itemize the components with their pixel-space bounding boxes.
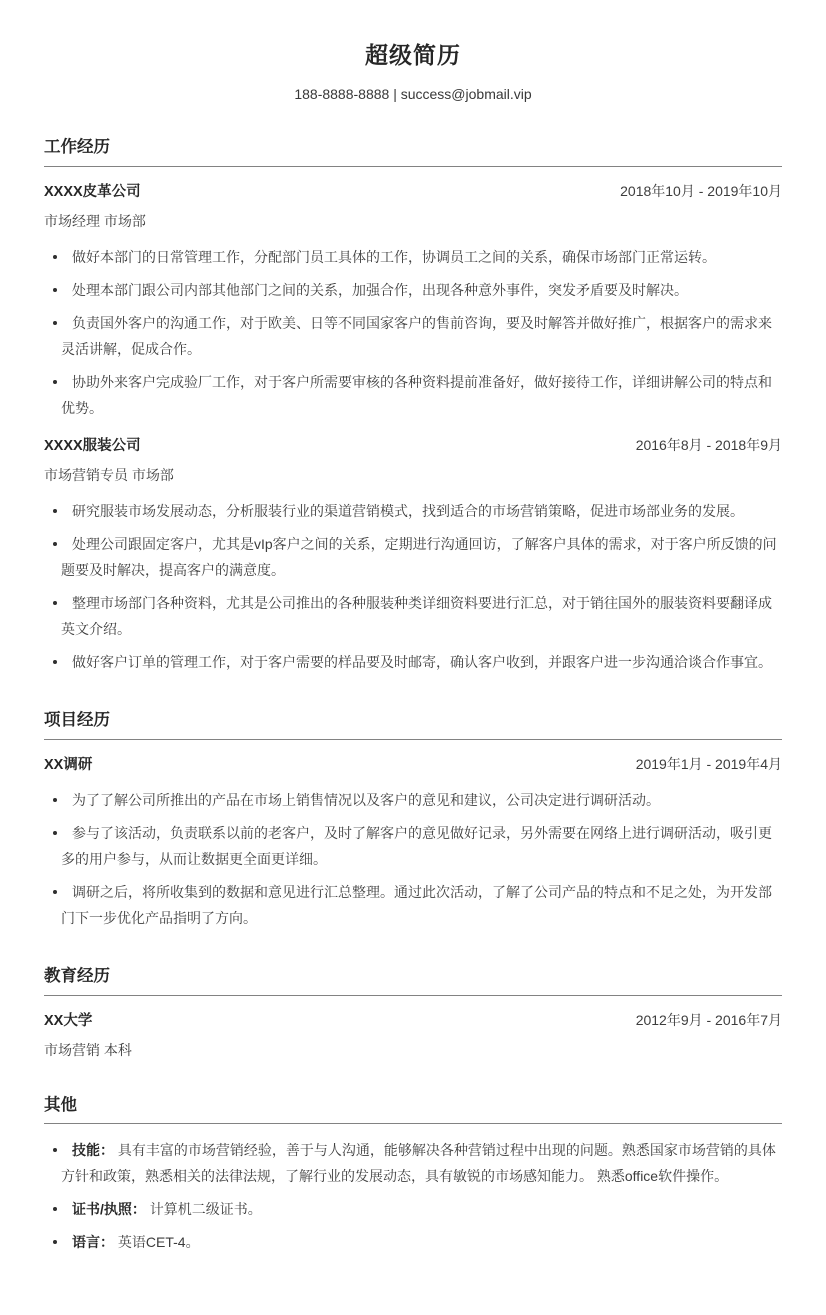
section-divider (44, 739, 782, 740)
bullet-item: 整理市场部门各种资料，尤其是公司推出的各种服装种类详细资料要进行汇总，对于销往国… (44, 590, 782, 642)
bullet-dot-icon (53, 288, 57, 292)
bullet-list: 做好本部门的日常管理工作，分配部门员工具体的工作，协调员工之间的关系，确保市场部… (44, 244, 782, 421)
bullet-text: 协助外来客户完成验厂工作，对于客户所需要审核的各种资料提前准备好，做好接待工作，… (61, 374, 772, 416)
bullet-label: 技能： (72, 1142, 114, 1158)
bullet-dot-icon (53, 601, 57, 605)
bullet-text: 具有丰富的市场营销经验，善于与人沟通，能够解决各种营销过程中出现的问题。熟悉国家… (61, 1142, 776, 1184)
bullet-item: 处理公司跟固定客户，尤其是vIp客户之间的关系，定期进行沟通回访，了解客户具体的… (44, 531, 782, 583)
bullet-item: 语言： 英语CET-4。 (44, 1229, 782, 1255)
entry-date: 2016年8月 - 2018年9月 (636, 435, 782, 455)
bullet-dot-icon (53, 660, 57, 664)
bullet-text: 整理市场部门各种资料，尤其是公司推出的各种服装种类详细资料要进行汇总，对于销往国… (61, 595, 772, 637)
bullet-item: 负责国外客户的沟通工作，对于欧美、日等不同国家客户的售前咨询，要及时解答并做好推… (44, 310, 782, 362)
section-title: 项目经历 (44, 711, 782, 730)
experience-entry: XXXX服装公司 2016年8月 - 2018年9月 市场营销专员 市场部 研究… (44, 434, 782, 675)
entry-date: 2012年9月 - 2016年7月 (636, 1010, 782, 1030)
section-entries: 技能： 具有丰富的市场营销经验，善于与人沟通，能够解决各种营销过程中出现的问题。… (44, 1137, 782, 1255)
experience-entry: XX调研 2019年1月 - 2019年4月 为了了解公司所推出的产品在市场上销… (44, 753, 782, 931)
bullet-dot-icon (53, 321, 57, 325)
bullet-list: 技能： 具有丰富的市场营销经验，善于与人沟通，能够解决各种营销过程中出现的问题。… (44, 1137, 782, 1255)
section-divider (44, 166, 782, 167)
resume-page: 超级简历 188-8888-8888 | success@jobmail.vip… (0, 0, 826, 1315)
contact-info: 188-8888-8888 | success@jobmail.vip (44, 86, 782, 102)
bullet-list: 研究服装市场发展动态，分析服装行业的渠道营销模式，找到适合的市场营销策略，促进市… (44, 498, 782, 675)
section-title: 教育经历 (44, 967, 782, 986)
bullet-item: 协助外来客户完成验厂工作，对于客户所需要审核的各种资料提前准备好，做好接待工作，… (44, 369, 782, 421)
bullet-dot-icon (53, 255, 57, 259)
bullet-dot-icon (53, 509, 57, 513)
bullet-text: 英语CET-4。 (118, 1234, 200, 1250)
bullet-dot-icon (53, 798, 57, 802)
section-divider (44, 1123, 782, 1124)
section-entries: XX调研 2019年1月 - 2019年4月 为了了解公司所推出的产品在市场上销… (44, 753, 782, 931)
bullet-text: 处理公司跟固定客户，尤其是vIp客户之间的关系，定期进行沟通回访，了解客户具体的… (61, 536, 777, 578)
bullet-label: 语言： (72, 1234, 114, 1250)
bullet-item: 做好客户订单的管理工作，对于客户需要的样品要及时邮寄，确认客户收到，并跟客户进一… (44, 649, 782, 675)
section-work-experience: 工作经历 XXXX皮革公司 2018年10月 - 2019年10月 市场经理 市… (44, 138, 782, 675)
section-other: 其他 技能： 具有丰富的市场营销经验，善于与人沟通，能够解决各种营销过程中出现的… (44, 1096, 782, 1256)
section-title: 工作经历 (44, 138, 782, 157)
bullet-dot-icon (53, 380, 57, 384)
bullet-dot-icon (53, 542, 57, 546)
bullet-item: 做好本部门的日常管理工作，分配部门员工具体的工作，协调员工之间的关系，确保市场部… (44, 244, 782, 270)
entry-role: 市场营销 本科 (44, 1040, 782, 1060)
bullet-dot-icon (53, 1240, 57, 1244)
section-title: 其他 (44, 1096, 782, 1115)
entry-date: 2019年1月 - 2019年4月 (636, 754, 782, 774)
bullet-label: 证书/执照： (72, 1201, 146, 1217)
section-divider (44, 995, 782, 996)
bullet-item: 处理本部门跟公司内部其他部门之间的关系，加强合作，出现各种意外事件，突发矛盾要及… (44, 277, 782, 303)
bullet-text: 处理本部门跟公司内部其他部门之间的关系，加强合作，出现各种意外事件，突发矛盾要及… (72, 282, 688, 298)
experience-entry: 技能： 具有丰富的市场营销经验，善于与人沟通，能够解决各种营销过程中出现的问题。… (44, 1137, 782, 1255)
entry-header: XX大学 2012年9月 - 2016年7月 (44, 1009, 782, 1030)
bullet-text: 负责国外客户的沟通工作，对于欧美、日等不同国家客户的售前咨询，要及时解答并做好推… (61, 315, 772, 357)
resume-body: 工作经历 XXXX皮革公司 2018年10月 - 2019年10月 市场经理 市… (44, 138, 782, 1256)
bullet-dot-icon (53, 890, 57, 894)
bullet-item: 证书/执照： 计算机二级证书。 (44, 1196, 782, 1222)
section-entries: XX大学 2012年9月 - 2016年7月 市场营销 本科 (44, 1009, 782, 1060)
entry-header: XX调研 2019年1月 - 2019年4月 (44, 753, 782, 774)
bullet-item: 参与了该活动，负责联系以前的老客户，及时了解客户的意见做好记录，另外需要在网络上… (44, 820, 782, 872)
bullet-item: 研究服装市场发展动态，分析服装行业的渠道营销模式，找到适合的市场营销策略，促进市… (44, 498, 782, 524)
entry-company: XXXX皮革公司 (44, 180, 141, 201)
bullet-text: 调研之后，将所收集到的数据和意见进行汇总整理。通过此次活动，了解了公司产品的特点… (61, 884, 772, 926)
entry-company: XX调研 (44, 753, 92, 774)
section-project-experience: 项目经历 XX调研 2019年1月 - 2019年4月 为了了解公司所推出的产品… (44, 711, 782, 931)
experience-entry: XX大学 2012年9月 - 2016年7月 市场营销 本科 (44, 1009, 782, 1060)
bullet-text: 研究服装市场发展动态，分析服装行业的渠道营销模式，找到适合的市场营销策略，促进市… (72, 503, 744, 519)
bullet-text: 参与了该活动，负责联系以前的老客户，及时了解客户的意见做好记录，另外需要在网络上… (61, 825, 772, 867)
experience-entry: XXXX皮革公司 2018年10月 - 2019年10月 市场经理 市场部 做好… (44, 180, 782, 421)
section-education: 教育经历 XX大学 2012年9月 - 2016年7月 市场营销 本科 (44, 967, 782, 1060)
bullet-dot-icon (53, 831, 57, 835)
entry-role: 市场营销专员 市场部 (44, 465, 782, 485)
bullet-dot-icon (53, 1207, 57, 1211)
bullet-text: 计算机二级证书。 (150, 1201, 262, 1217)
entry-date: 2018年10月 - 2019年10月 (620, 181, 782, 201)
entry-header: XXXX皮革公司 2018年10月 - 2019年10月 (44, 180, 782, 201)
bullet-item: 技能： 具有丰富的市场营销经验，善于与人沟通，能够解决各种营销过程中出现的问题。… (44, 1137, 782, 1189)
bullet-item: 调研之后，将所收集到的数据和意见进行汇总整理。通过此次活动，了解了公司产品的特点… (44, 879, 782, 931)
entry-company: XX大学 (44, 1009, 92, 1030)
bullet-text: 为了了解公司所推出的产品在市场上销售情况以及客户的意见和建议，公司决定进行调研活… (72, 792, 660, 808)
bullet-text: 做好客户订单的管理工作，对于客户需要的样品要及时邮寄，确认客户收到，并跟客户进一… (72, 654, 772, 670)
bullet-dot-icon (53, 1148, 57, 1152)
entry-role: 市场经理 市场部 (44, 211, 782, 231)
resume-name-title: 超级简历 (44, 42, 782, 70)
bullet-text: 做好本部门的日常管理工作，分配部门员工具体的工作，协调员工之间的关系，确保市场部… (72, 249, 716, 265)
bullet-item: 为了了解公司所推出的产品在市场上销售情况以及客户的意见和建议，公司决定进行调研活… (44, 787, 782, 813)
section-entries: XXXX皮革公司 2018年10月 - 2019年10月 市场经理 市场部 做好… (44, 180, 782, 675)
entry-company: XXXX服装公司 (44, 434, 141, 455)
entry-header: XXXX服装公司 2016年8月 - 2018年9月 (44, 434, 782, 455)
bullet-list: 为了了解公司所推出的产品在市场上销售情况以及客户的意见和建议，公司决定进行调研活… (44, 787, 782, 931)
